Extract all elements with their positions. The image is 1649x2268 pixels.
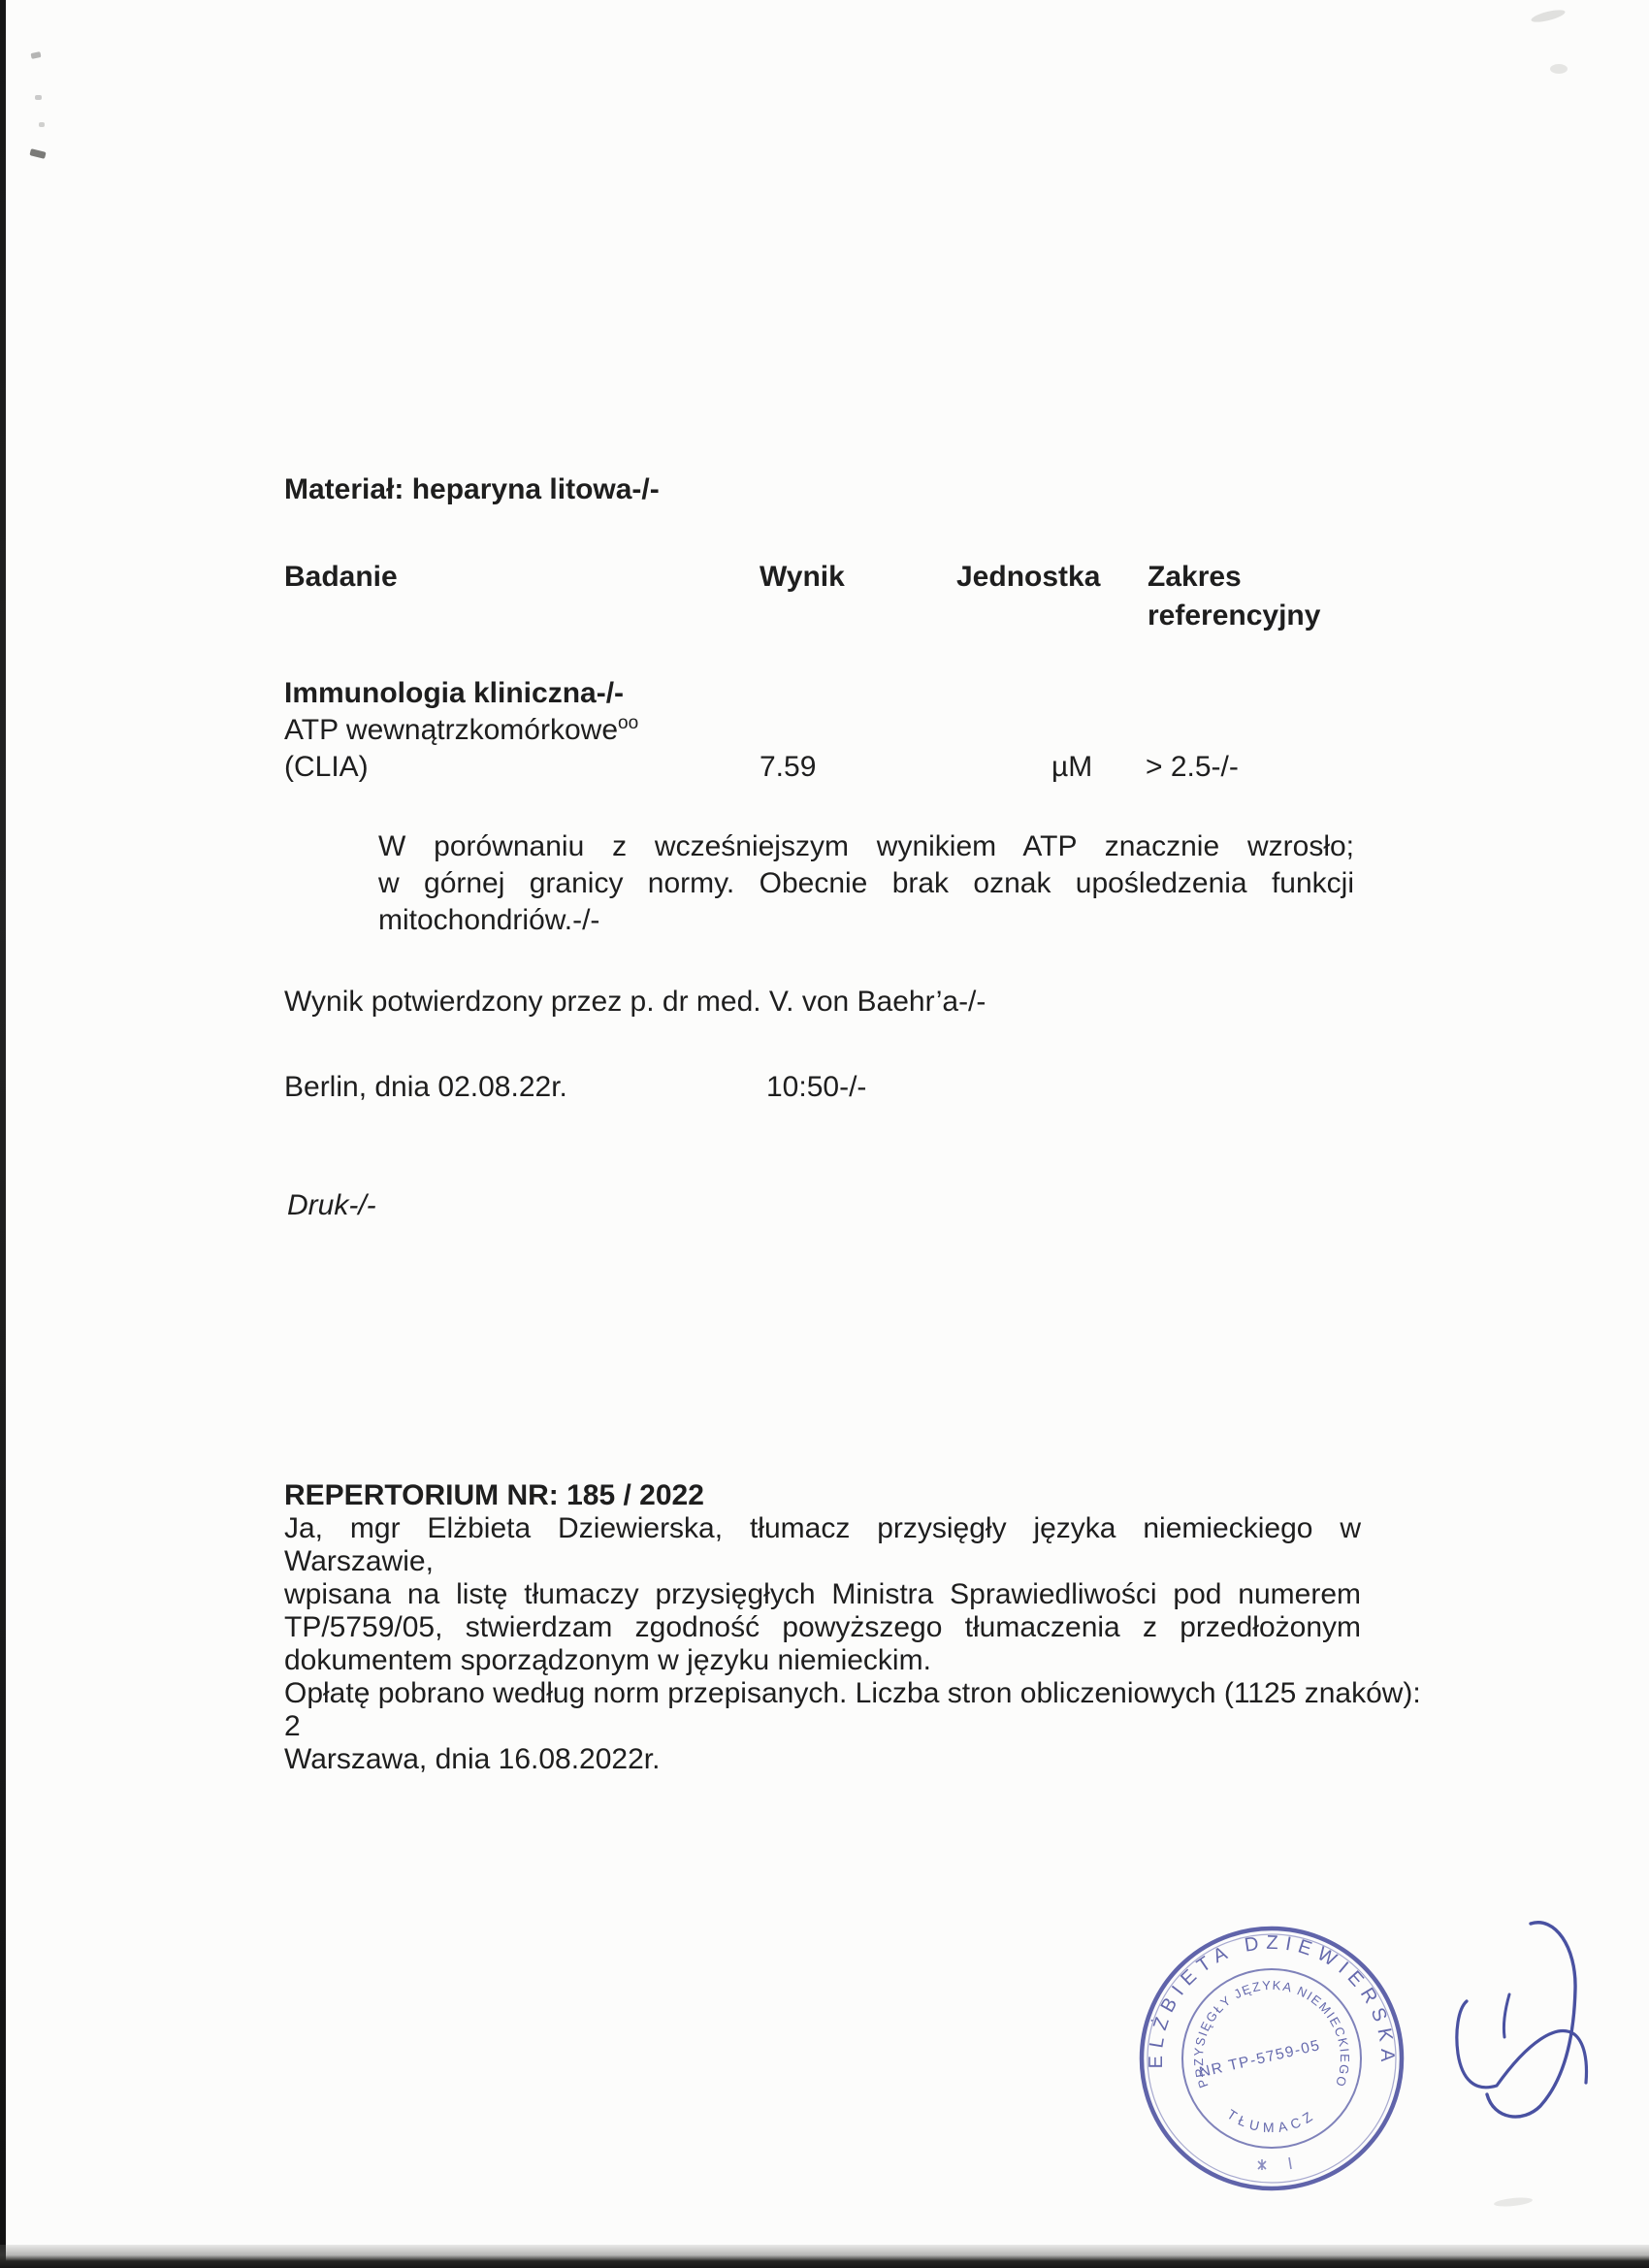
test-method: (CLIA) bbox=[284, 749, 369, 786]
material-line: Materiał: heparyna litowa-/- bbox=[284, 471, 660, 508]
column-header-badanie: Badanie bbox=[284, 559, 398, 596]
attestation-line: TP/5759/05, stwierdzam zgodność powyższe… bbox=[284, 1611, 1361, 1644]
stamp-number-text: NR TP-5759-05 bbox=[1198, 2037, 1322, 2081]
scan-bottom-edge-artifact bbox=[0, 2245, 1649, 2268]
issue-place-date: Berlin, dnia 02.08.22r. bbox=[284, 1069, 567, 1106]
test-name-text: ATP wewnątrzkomórkowe bbox=[284, 714, 618, 746]
stamp-bottom-arc-text: TŁUMACZ bbox=[1224, 2106, 1319, 2135]
stamp-bottom-marks bbox=[1258, 2157, 1291, 2170]
signature-stroke-left-loop bbox=[1457, 2001, 1587, 2088]
comment-line: mitochondriów.-/- bbox=[378, 902, 1354, 939]
scan-speck bbox=[39, 122, 45, 127]
translator-round-stamp: ELŻBIETA DZIEWIERSKA PRZYSIĘGŁY JĘZYKA N… bbox=[1128, 1915, 1415, 2202]
handwritten-signature bbox=[1440, 1887, 1605, 2139]
comment-line: w górnej granicy normy. Obecnie brak ozn… bbox=[378, 865, 1354, 902]
test-name: ATP wewnątrzkomórkoweoo bbox=[284, 712, 638, 749]
attestation-line: dokumentem sporządzonym w języku niemiec… bbox=[284, 1644, 1361, 1677]
attestation-line: Ja, mgr Elżbieta Dziewierska, tłumacz pr… bbox=[284, 1512, 1361, 1578]
scan-speck bbox=[30, 51, 41, 59]
comment-line: W porównaniu z wcześniejszym wynikiem AT… bbox=[378, 828, 1354, 865]
svg-text:TŁUMACZ: TŁUMACZ bbox=[1224, 2106, 1319, 2135]
column-header-zakres: Zakres bbox=[1148, 559, 1242, 596]
attestation-line: wpisana na listę tłumaczy przysięgłych M… bbox=[284, 1578, 1361, 1611]
pages-count: 2 bbox=[284, 1710, 1361, 1743]
column-header-wynik: Wynik bbox=[760, 559, 845, 596]
column-header-zakres-line2: referencyjny bbox=[1148, 598, 1320, 634]
repertorium-block: REPERTORIUM NR: 185 / 2022 Ja, mgr Elżbi… bbox=[284, 1478, 1361, 1776]
confirmation-line: Wynik potwierdzony przez p. dr med. V. v… bbox=[284, 984, 986, 1021]
scan-speck bbox=[29, 148, 46, 159]
repertorium-title: REPERTORIUM NR: 185 / 2022 bbox=[284, 1478, 1361, 1512]
scan-smudge bbox=[1530, 8, 1566, 24]
print-note: Druk-/- bbox=[287, 1187, 376, 1224]
scan-speck bbox=[35, 95, 42, 100]
column-header-jednostka: Jednostka bbox=[956, 559, 1100, 596]
scanned-document-page: Materiał: heparyna litowa-/- Badanie Wyn… bbox=[0, 0, 1649, 2268]
signature-stroke-main-loop bbox=[1487, 1923, 1575, 2117]
section-title: Immunologia kliniczna-/- bbox=[284, 675, 624, 712]
test-name-superscript: oo bbox=[618, 713, 638, 733]
result-comment-paragraph: W porównaniu z wcześniejszym wynikiem AT… bbox=[378, 828, 1354, 939]
signature-stroke-hook bbox=[1503, 1994, 1509, 2037]
reference-range: > 2.5-/- bbox=[1146, 749, 1239, 786]
result-value: 7.59 bbox=[760, 749, 816, 786]
scan-left-edge-artifact bbox=[0, 0, 6, 2268]
result-unit: µM bbox=[1051, 749, 1092, 786]
scan-smudge bbox=[1494, 2196, 1534, 2208]
fee-line: Opłatę pobrano według norm przepisanych.… bbox=[284, 1677, 1361, 1710]
issue-time: 10:50-/- bbox=[766, 1069, 866, 1106]
scan-smudge bbox=[1550, 64, 1568, 74]
translation-place-date: Warszawa, dnia 16.08.2022r. bbox=[284, 1743, 1361, 1776]
